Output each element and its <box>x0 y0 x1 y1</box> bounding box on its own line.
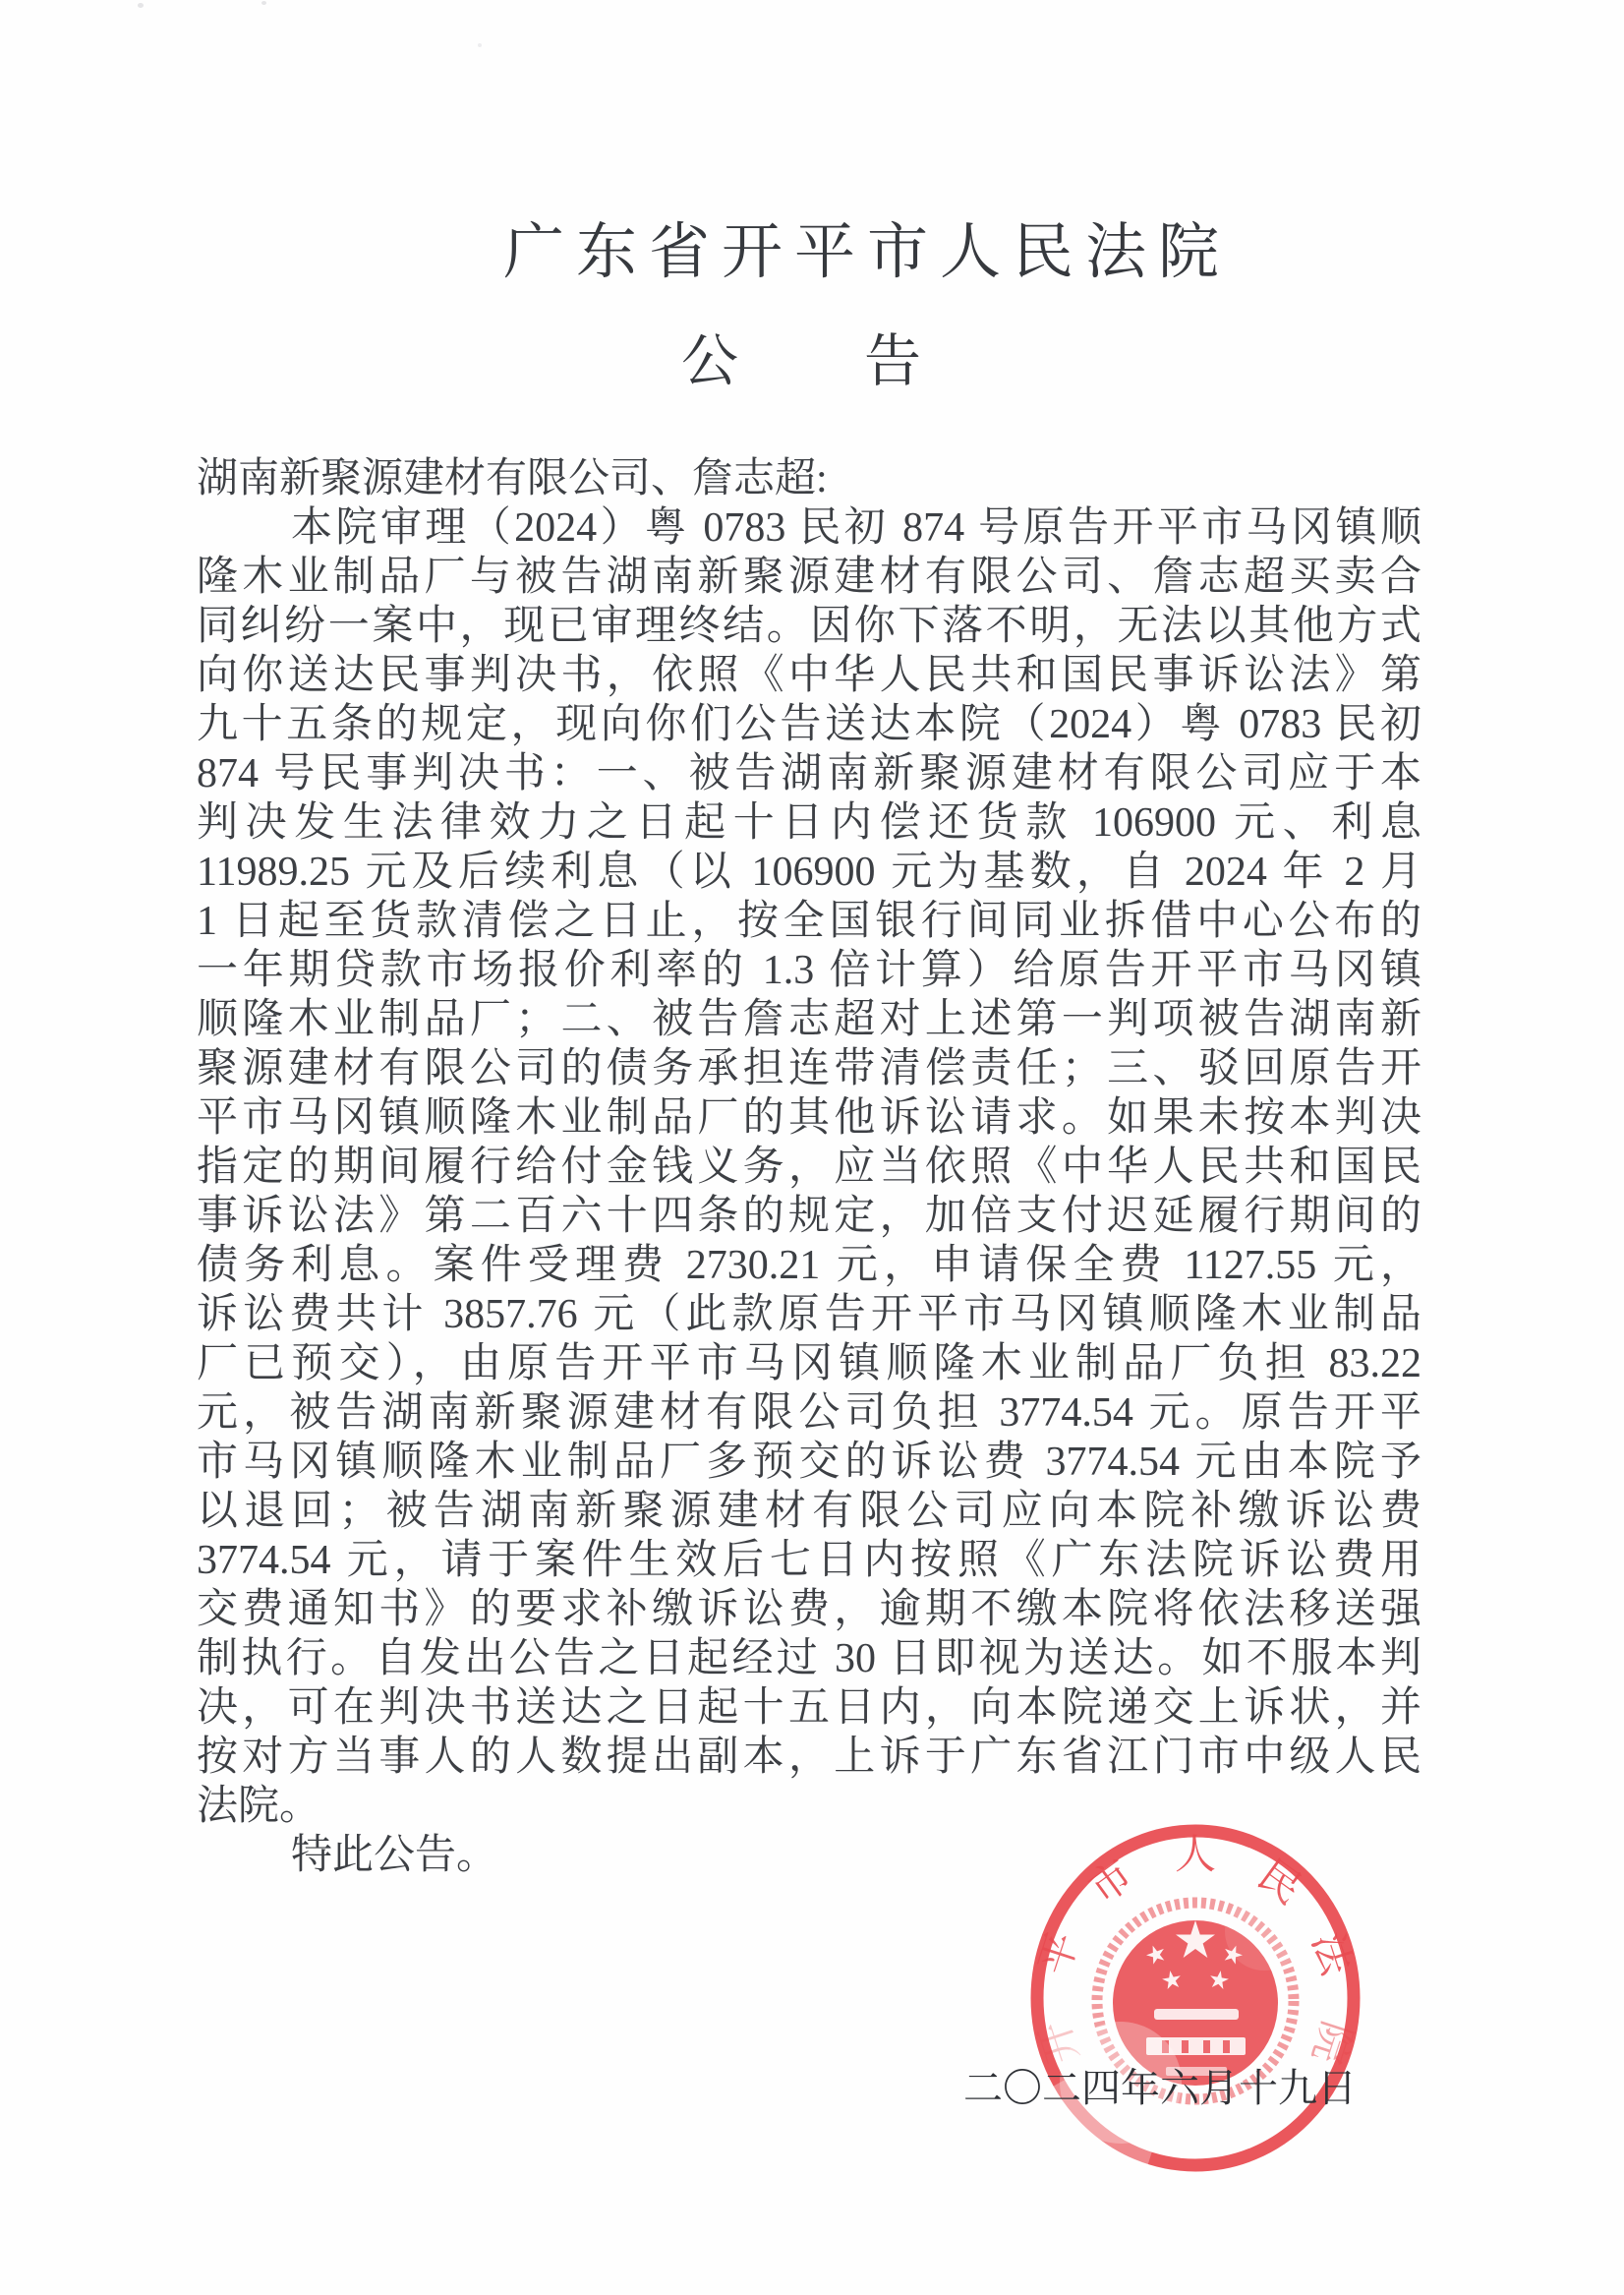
body-line: 聚源建材有限公司的债务承担连带清偿责任；三、驳回原告开 <box>197 1044 1421 1093</box>
court-announcement-page: 广东省开平市人民法院 公 告 湖南新聚源建材有限公司、詹志超: 本院审理（202… <box>0 0 1624 2295</box>
body-line: 按对方当事人的人数提出副本，上诉于广东省江门市中级人民 <box>197 1733 1421 1782</box>
body-line: 事诉讼法》第二百六十四条的规定，加倍支付迟延履行期间的 <box>197 1192 1421 1241</box>
scan-artifact <box>138 3 144 8</box>
scan-artifact <box>478 43 482 47</box>
body-line: 1 日起至货款清偿之日止，按全国银行间同业拆借中心公布的 <box>197 897 1421 946</box>
page-title: 广东省开平市人民法院 <box>503 203 1231 290</box>
body-line: 交费通知书》的要求补缴诉讼费，逾期不缴本院将依法移送强 <box>197 1585 1421 1634</box>
body-line: 同纠纷一案中，现已审理终结。因你下落不明，无法以其他方式 <box>197 602 1421 651</box>
notice-heading: 公 告 <box>681 315 925 397</box>
salutation-line: 湖南新聚源建材有限公司、詹志超: <box>197 454 1421 503</box>
body-line: 厂已预交），由原告开平市马冈镇顺隆木业制品厂负担 83.22 <box>197 1339 1421 1388</box>
body-line: 874 号民事判决书：一、被告湖南新聚源建材有限公司应于本 <box>197 749 1421 798</box>
body-line: 向你送达民事判决书，依照《中华人民共和国民事诉讼法》第 <box>197 651 1421 700</box>
body-line: 决，可在判决书送达之日起十五日内，向本院递交上诉状，并 <box>197 1683 1421 1733</box>
body-line: 市马冈镇顺隆木业制品厂多预交的诉讼费 3774.54 元由本院予 <box>197 1438 1421 1487</box>
announcement-date: 二〇二四年六月十九日 <box>963 2057 1357 2113</box>
body-line: 隆木业制品厂与被告湖南新聚源建材有限公司、詹志超买卖合 <box>197 553 1421 602</box>
body-line: 元，被告湖南新聚源建材有限公司负担 3774.54 元。原告开平 <box>197 1388 1421 1438</box>
seal-char: 人 <box>1175 1833 1216 1878</box>
body-line: 本院审理（2024）粤 0783 民初 874 号原告开平市马冈镇顺 <box>197 503 1421 553</box>
body-line: 判决发生法律效力之日起十日内偿还货款 106900 元、利息 <box>197 798 1421 848</box>
court-seal: 开 平 市 人 民 法 院 <box>1022 1815 1378 2181</box>
announcement-body: 湖南新聚源建材有限公司、詹志超: 本院审理（2024）粤 0783 民初 874… <box>197 454 1421 1880</box>
body-line: 指定的期间履行给付金钱义务，应当依照《中华人民共和国民 <box>197 1143 1421 1192</box>
body-line: 平市马冈镇顺隆木业制品厂的其他诉讼请求。如果未按本判决 <box>197 1093 1421 1143</box>
scan-artifact <box>261 1 266 5</box>
body-line: 九十五条的规定，现向你们公告送达本院（2024）粤 0783 民初 <box>197 700 1421 749</box>
body-line: 11989.25 元及后续利息（以 106900 元为基数，自 2024 年 2… <box>197 848 1421 897</box>
body-line: 债务利息。案件受理费 2730.21 元，申请保全费 1127.55 元， <box>197 1241 1421 1290</box>
body-line: 诉讼费共计 3857.76 元（此款原告开平市马冈镇顺隆木业制品 <box>197 1290 1421 1339</box>
body-line: 一年期贷款市场报价利率的 1.3 倍计算）给原告开平市马冈镇 <box>197 946 1421 995</box>
body-line: 以退回；被告湖南新聚源建材有限公司应向本院补缴诉讼费 <box>197 1487 1421 1536</box>
body-line: 顺隆木业制品厂；二、被告詹志超对上述第一判项被告湖南新 <box>197 995 1421 1044</box>
seal-char: 市 <box>1081 1853 1141 1913</box>
body-line: 3774.54 元，请于案件生效后七日内按照《广东法院诉讼费用 <box>197 1536 1421 1585</box>
body-line: 制执行。自发出公告之日起经过 30 日即视为送达。如不服本判 <box>197 1634 1421 1683</box>
